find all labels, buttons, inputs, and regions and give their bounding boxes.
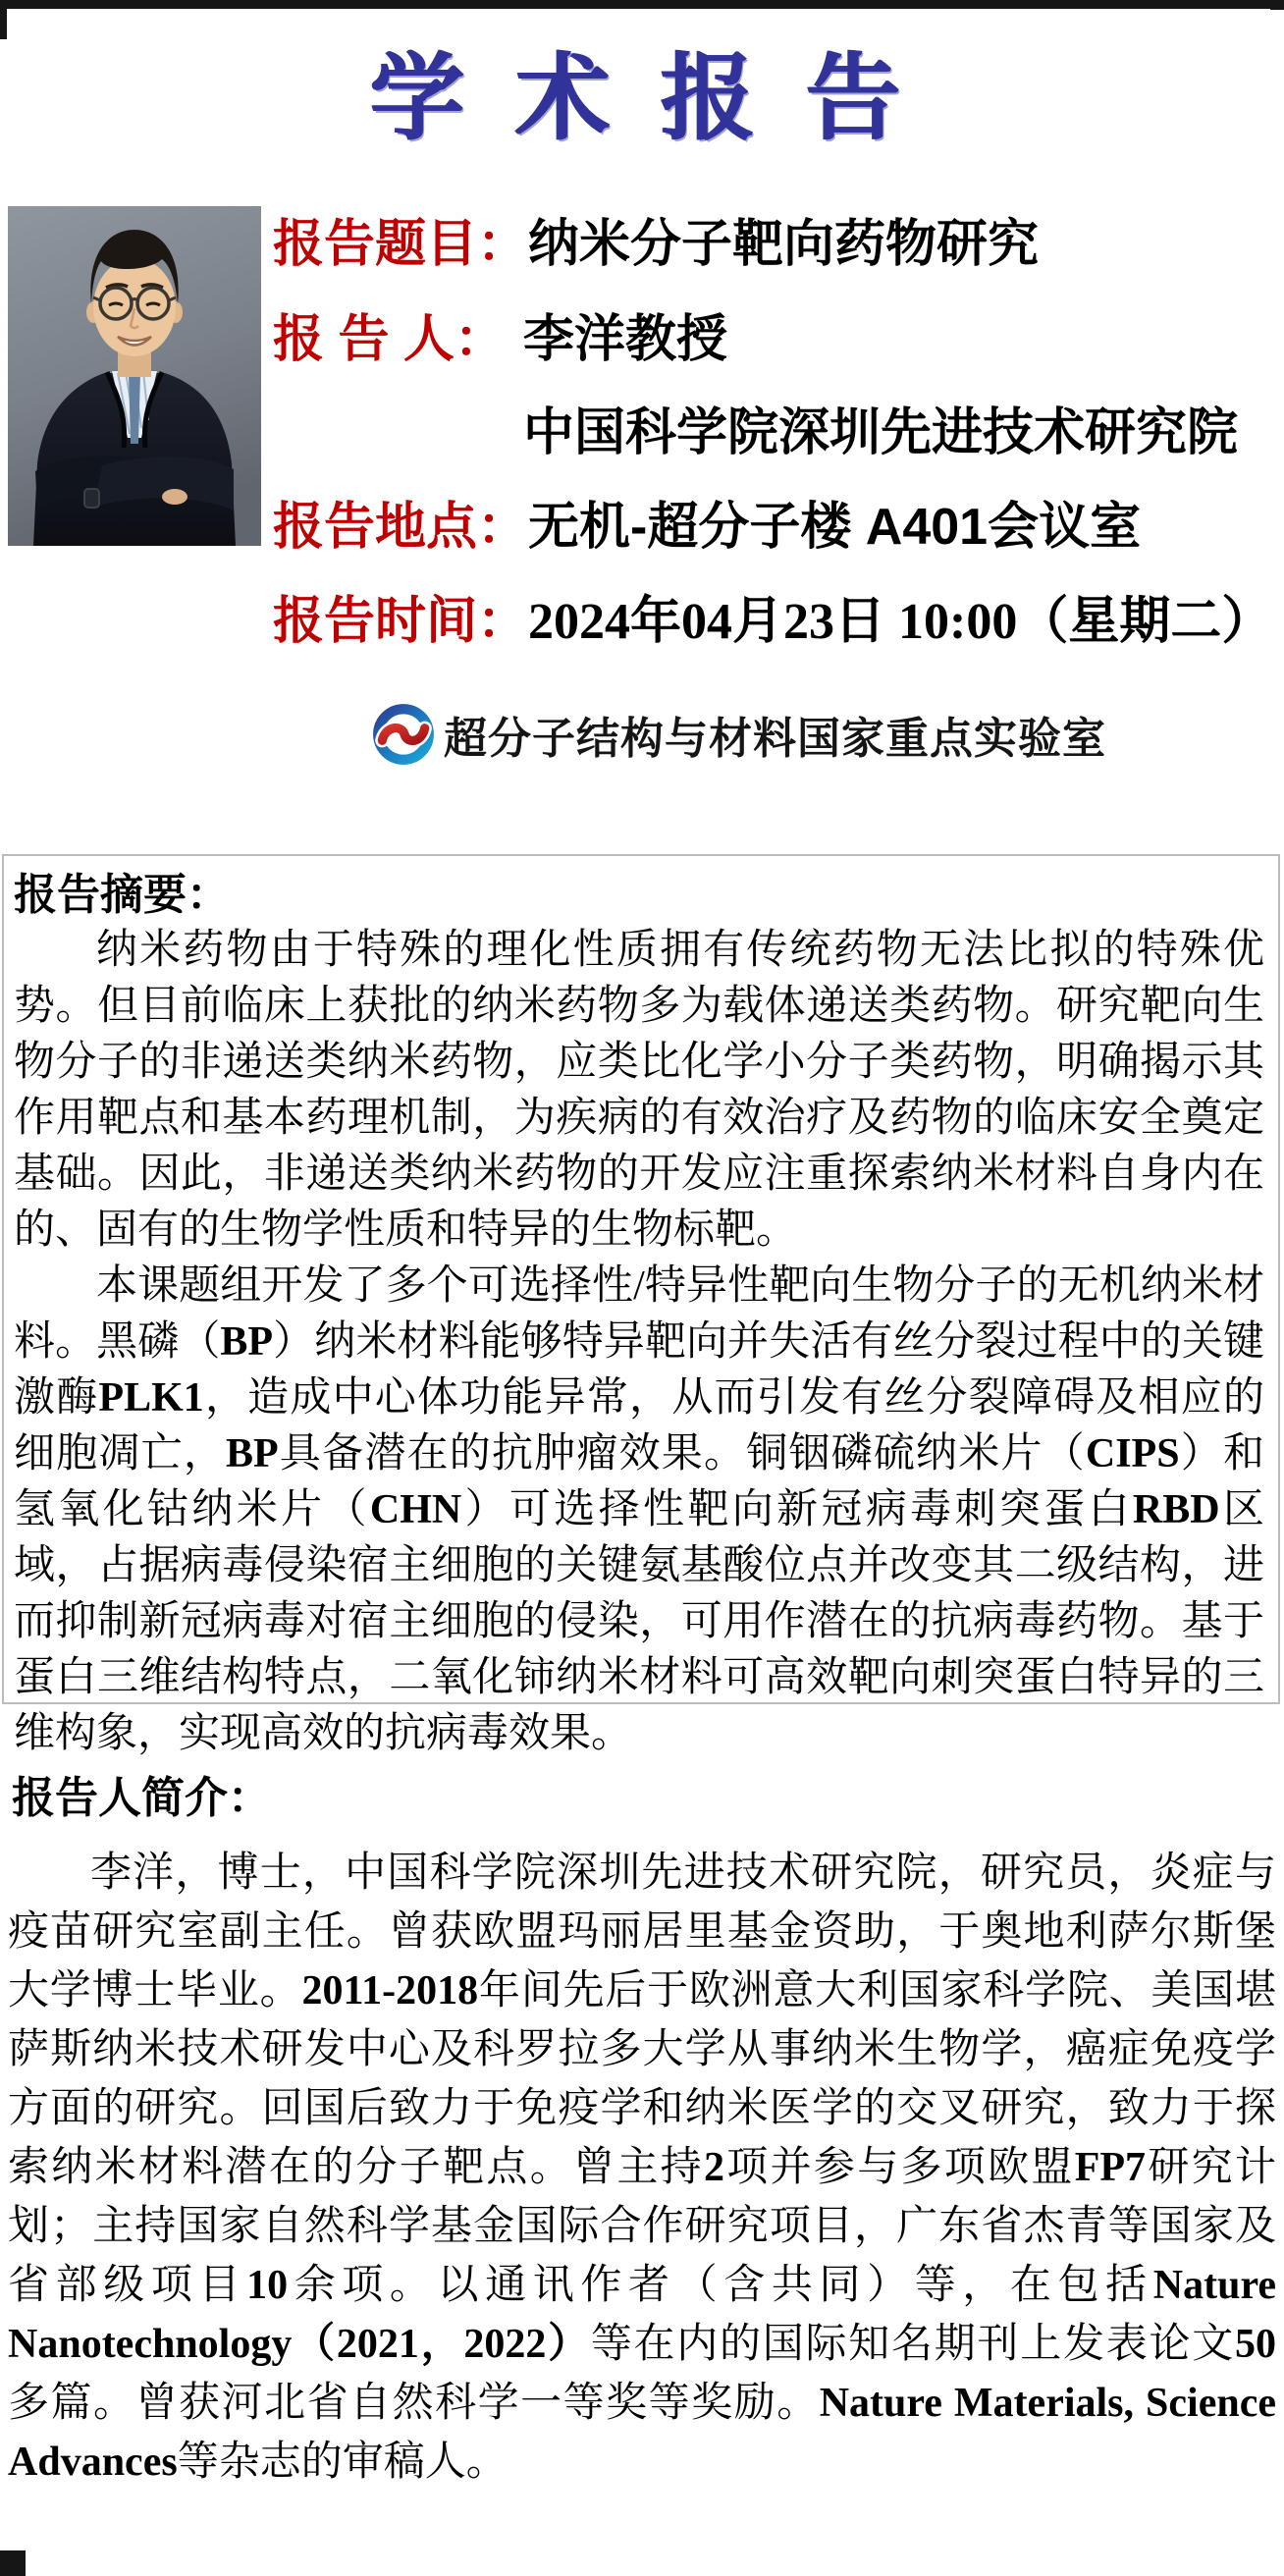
abstract-heading: 报告摘要：	[14, 868, 1264, 923]
info-value: 2024年04月23日 10:00（星期二）	[528, 579, 1272, 653]
watch	[84, 489, 99, 508]
info-value: 李洋教授	[523, 297, 727, 371]
info-row-time: 报告时间： 2024年04月23日 10:00（星期二）	[273, 579, 1278, 644]
bio-paragraph: 李洋，博士，中国科学院深圳先进技术研究院，研究员，炎症与疫苗研究室副主任。曾获欧…	[8, 1844, 1276, 2492]
presenter-portrait-illustration	[8, 206, 261, 546]
info-value: 无机-超分子楼 A401会议室	[528, 485, 1141, 559]
lab-banner: 超分子结构与材料国家重点实验室	[371, 699, 1106, 770]
scan-artifact-bottom-left	[0, 2550, 26, 2576]
presenter-photo	[8, 206, 261, 546]
abstract-paragraph-2: 本课题组开发了多个可选择性/特异性靶向生物分子的无机纳米材料。黑磷（BP）纳米材…	[14, 1259, 1264, 1762]
info-label: 报告地点：	[273, 485, 528, 559]
abstract-paragraph-1: 纳米药物由于特殊的理化性质拥有传统药物无法比拟的特殊优势。但目前临床上获批的纳米…	[14, 923, 1264, 1259]
tie	[129, 373, 140, 444]
info-row-topic: 报告题目： 纳米分子靶向药物研究	[273, 202, 1278, 267]
page-title: 学 术 报 告	[0, 24, 1284, 158]
supramolecular-lab-logo-icon	[371, 702, 436, 767]
bio-heading: 报告人简介：	[12, 1771, 271, 1826]
lab-name: 超分子结构与材料国家重点实验室	[444, 703, 1106, 766]
scan-artifact-top-right	[1270, 0, 1284, 10]
info-value: 中国科学院深圳先进技术研究院	[523, 391, 1238, 464]
info-label: 报告题目：	[273, 202, 528, 276]
info-value: 纳米分子靶向药物研究	[528, 202, 1039, 276]
info-label: 报 告 人：	[273, 297, 523, 371]
info-label: 报告时间：	[273, 579, 528, 653]
seminar-poster: 学 术 报 告	[0, 0, 1284, 2576]
hand	[162, 489, 187, 505]
info-row-speaker: 报 告 人： 李洋教授	[273, 297, 1278, 362]
info-row-location: 报告地点： 无机-超分子楼 A401会议室	[273, 485, 1278, 550]
abstract-section: 报告摘要： 纳米药物由于特殊的理化性质拥有传统药物无法比拟的特殊优势。但目前临床…	[2, 854, 1280, 1704]
scan-artifact-top-edge	[0, 0, 1284, 9]
info-row-affiliation: 中国科学院深圳先进技术研究院	[273, 391, 1278, 456]
